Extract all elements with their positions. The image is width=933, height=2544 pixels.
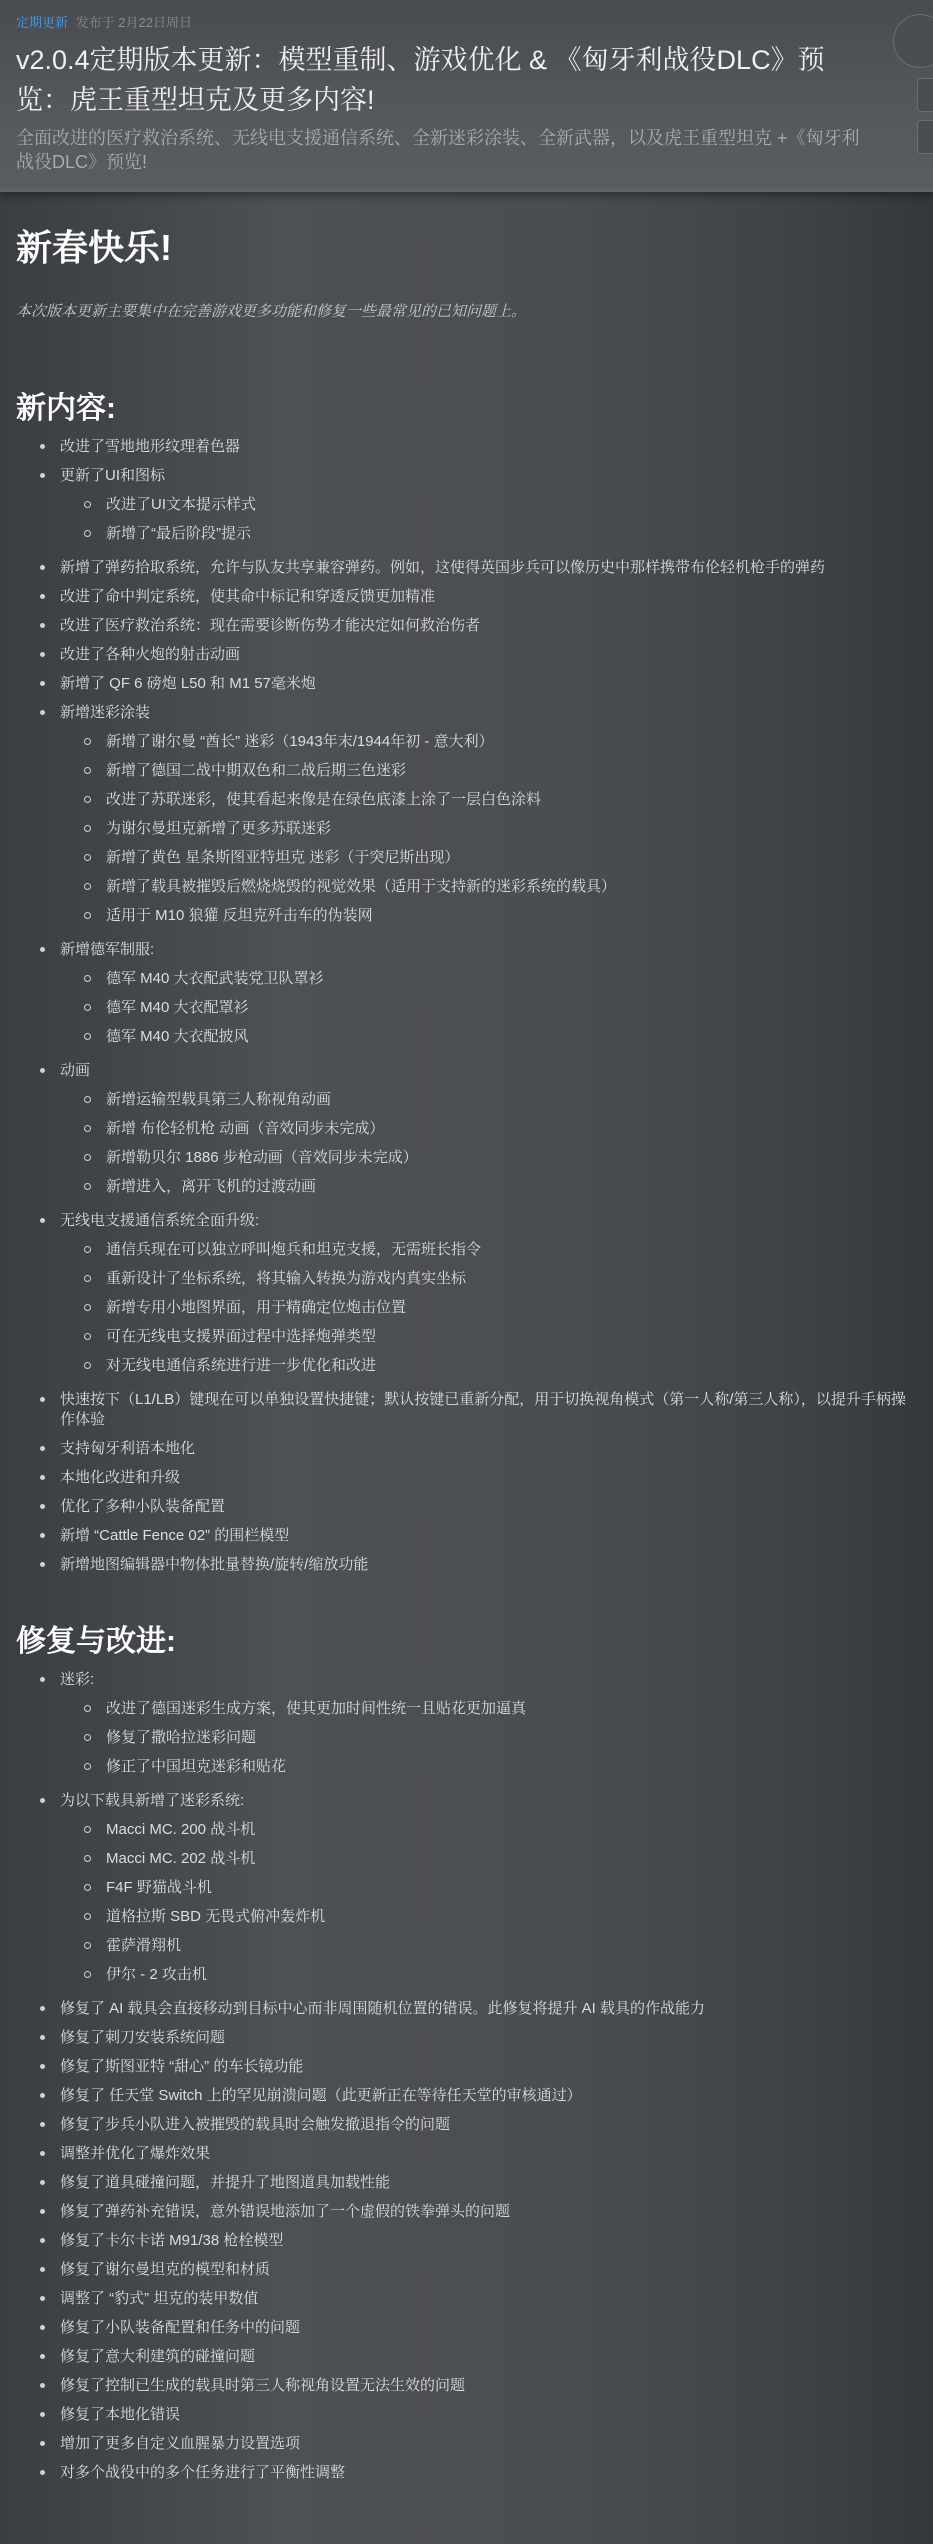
list-item-text: 为以下载具新增了迷彩系统: (60, 1792, 244, 1809)
hollow-bullet-icon (84, 1333, 91, 1340)
list-item: 修复了 AI 载具会直接移动到目标中心而非周围随机位置的错误。此修复将提升 AI… (40, 1995, 917, 2024)
bullet-icon (40, 2470, 45, 2475)
bullet-icon (40, 1504, 45, 1509)
bullet-icon (40, 2238, 45, 2243)
bullet-icon (40, 1562, 45, 1567)
sub-list-item-text: 新增了黄色 星条斯图亚特坦克 迷彩（于突尼斯出现） (106, 849, 459, 866)
sub-list-item: 修复了撒哈拉迷彩问题 (84, 1724, 917, 1753)
post-date: 发布于 2月22日周日 (76, 15, 192, 30)
sub-list-item-text: 为谢尔曼坦克新增了更多苏联迷彩 (106, 820, 331, 837)
list-item: 修复了小队装备配置和任务中的问题 (40, 2314, 917, 2343)
sub-list-item-text: 新增 布伦轻机枪 动画（音效同步未完成） (106, 1120, 384, 1137)
sub-list-item: 新增运输型载具第三人称视角动画 (84, 1086, 917, 1115)
category-tag[interactable]: 定期更新 (16, 15, 68, 30)
bullet-icon (40, 1798, 45, 1803)
bullet-icon (40, 652, 45, 657)
hollow-bullet-icon (84, 1183, 91, 1190)
sub-list-item-text: 修正了中国坦克迷彩和贴花 (106, 1758, 286, 1775)
list-item: 优化了多种小队装备配置 (40, 1493, 917, 1522)
bullet-icon (40, 473, 45, 478)
sub-list-item-text: 新增运输型载具第三人称视角动画 (106, 1091, 331, 1108)
sub-list-item: 新增了载具被摧毁后燃烧烧毁的视觉效果（适用于支持新的迷彩系统的载具） (84, 873, 917, 902)
hollow-bullet-icon (84, 501, 91, 508)
bullet-icon (40, 1218, 45, 1223)
sub-list-item: 伊尔 - 2 攻击机 (84, 1961, 917, 1990)
list-item: 修复了刺刀安装系统问题 (40, 2024, 917, 2053)
bullet-icon (40, 2151, 45, 2156)
list-item-text: 调整了 “豹式” 坦克的装甲数值 (60, 2290, 258, 2307)
sub-list-item-text: 通信兵现在可以独立呼叫炮兵和坦克支援，无需班长指令 (106, 1241, 481, 1258)
section-heading: 修复与改进: (16, 1622, 917, 1662)
list-item: 新增了 QF 6 磅炮 L50 和 M1 57毫米炮 (40, 670, 917, 699)
sub-list: 改进了德国迷彩生成方案，使其更加时间性统一且贴花更加逼真修复了撒哈拉迷彩问题修正… (60, 1695, 917, 1782)
list-item: 修复了谢尔曼坦克的模型和材质 (40, 2256, 917, 2285)
list-item-text: 修复了小队装备配置和任务中的问题 (60, 2319, 300, 2336)
list-item: 修复了道具碰撞问题，并提升了地图道具加载性能 (40, 2169, 917, 2198)
hollow-bullet-icon (84, 854, 91, 861)
bullet-icon (40, 2180, 45, 2185)
list-item-text: 修复了谢尔曼坦克的模型和材质 (60, 2261, 270, 2278)
list-item-text: 修复了步兵小队进入被摧毁的载具时会触发撤退指令的问题 (60, 2116, 450, 2133)
list-item: 支持匈牙利语本地化 (40, 1435, 917, 1464)
sub-list-item: 德军 M40 大衣配披风 (84, 1023, 917, 1052)
sub-list-item: F4F 野猫战斗机 (84, 1874, 917, 1903)
hollow-bullet-icon (84, 1362, 91, 1369)
bullet-icon (40, 565, 45, 570)
sub-list-item: 道格拉斯 SBD 无畏式俯冲轰炸机 (84, 1903, 917, 1932)
list-item: 新增迷彩涂装新增了谢尔曼 “酋长” 迷彩（1943年末/1944年初 - 意大利… (40, 699, 917, 936)
bullet-icon (40, 947, 45, 952)
list-item: 修复了斯图亚特 “甜心” 的车长镜功能 (40, 2053, 917, 2082)
list-item: 为以下载具新增了迷彩系统:Macci MC. 200 战斗机Macci MC. … (40, 1787, 917, 1995)
sub-list-item: 修正了中国坦克迷彩和贴花 (84, 1753, 917, 1782)
sub-list-item-text: 道格拉斯 SBD 无畏式俯冲轰炸机 (106, 1908, 325, 1925)
sub-list-item: 适用于 M10 狼獾 反坦克歼击车的伪装网 (84, 902, 917, 931)
list-item-text: 调整并优化了爆炸效果 (60, 2145, 210, 2162)
sub-list-item-text: 新增了载具被摧毁后燃烧烧毁的视觉效果（适用于支持新的迷彩系统的载具） (106, 878, 616, 895)
list-item-text: 优化了多种小队装备配置 (60, 1498, 225, 1515)
sub-list: 德军 M40 大衣配武装党卫队罩衫德军 M40 大衣配罩衫德军 M40 大衣配披… (60, 965, 917, 1052)
sub-list-item: 重新设计了坐标系统，将其输入转换为游戏内真实坐标 (84, 1265, 917, 1294)
list-item: 增加了更多自定义血腥暴力设置选项 (40, 2430, 917, 2459)
bullet-icon (40, 2209, 45, 2214)
sub-list-item-text: Macci MC. 200 战斗机 (106, 1821, 255, 1838)
hollow-bullet-icon (84, 1304, 91, 1311)
sub-list-item-text: 霍萨滑翔机 (106, 1937, 181, 1954)
list-item-text: 动画 (60, 1062, 90, 1079)
list-item-text: 修复了 任天堂 Switch 上的罕见崩溃问题（此更新正在等待任天堂的审核通过） (60, 2087, 582, 2104)
hollow-bullet-icon (84, 1154, 91, 1161)
list-item-text: 新增地图编辑器中物体批量替换/旋转/缩放功能 (60, 1556, 368, 1573)
item-list: 改进了雪地地形纹理着色器更新了UI和图标改进了UI文本提示样式新增了“最后阶段”… (16, 433, 917, 1580)
list-item-text: 新增了弹药拾取系统，允许与队友共享兼容弹药。例如，这使得英国步兵可以像历史中那样… (60, 559, 825, 576)
hollow-bullet-icon (84, 975, 91, 982)
sub-list: 通信兵现在可以独立呼叫炮兵和坦克支援，无需班长指令重新设计了坐标系统，将其输入转… (60, 1236, 917, 1381)
list-item-text: 修复了 AI 载具会直接移动到目标中心而非周围随机位置的错误。此修复将提升 AI… (60, 2000, 705, 2017)
sub-list: 改进了UI文本提示样式新增了“最后阶段”提示 (60, 491, 917, 549)
sub-list-item: 通信兵现在可以独立呼叫炮兵和坦克支援，无需班长指令 (84, 1236, 917, 1265)
sub-list-item: Macci MC. 200 战斗机 (84, 1816, 917, 1845)
hollow-bullet-icon (84, 1246, 91, 1253)
hollow-bullet-icon (84, 1275, 91, 1282)
sub-list: Macci MC. 200 战斗机Macci MC. 202 战斗机F4F 野猫… (60, 1816, 917, 1990)
bullet-icon (40, 2354, 45, 2359)
hollow-bullet-icon (84, 1033, 91, 1040)
sub-list-item-text: 新增了德国二战中期双色和二战后期三色迷彩 (106, 762, 406, 779)
bullet-icon (40, 1068, 45, 1073)
section-heading: 新内容: (16, 389, 917, 429)
sub-list-item: 新增了谢尔曼 “酋长” 迷彩（1943年末/1944年初 - 意大利） (84, 728, 917, 757)
hollow-bullet-icon (84, 1004, 91, 1011)
list-item-text: 本地化改进和升级 (60, 1469, 180, 1486)
hollow-bullet-icon (84, 738, 91, 745)
list-item: 修复了卡尔卡诺 M91/38 枪栓模型 (40, 2227, 917, 2256)
list-item: 修复了弹药补充错误，意外错误地添加了一个虚假的铁拳弹头的问题 (40, 2198, 917, 2227)
hollow-bullet-icon (84, 1826, 91, 1833)
sub-list-item-text: 改进了德国迷彩生成方案，使其更加时间性统一且贴花更加逼真 (106, 1700, 526, 1717)
list-item: 新增德军制服:德军 M40 大衣配武装党卫队罩衫德军 M40 大衣配罩衫德军 M… (40, 936, 917, 1057)
sub-list-item: 新增进入，离开飞机的过渡动画 (84, 1173, 917, 1202)
list-item: 修复了本地化错误 (40, 2401, 917, 2430)
bullet-icon (40, 2412, 45, 2417)
sub-list-item-text: 德军 M40 大衣配披风 (106, 1028, 249, 1045)
bullet-icon (40, 2296, 45, 2301)
bullet-icon (40, 2441, 45, 2446)
sub-list-item-text: 德军 M40 大衣配罩衫 (106, 999, 249, 1016)
post-title: v2.0.4定期版本更新：模型重制、游戏优化 & 《匈牙利战役DLC》预览：虎王… (16, 40, 877, 120)
list-item-text: 改进了医疗救治系统：现在需要诊断伤势才能决定如何救治伤者 (60, 617, 480, 634)
list-item: 调整了 “豹式” 坦克的装甲数值 (40, 2285, 917, 2314)
list-item: 改进了雪地地形纹理着色器 (40, 433, 917, 462)
hollow-bullet-icon (84, 1855, 91, 1862)
bullet-icon (40, 2093, 45, 2098)
hollow-bullet-icon (84, 883, 91, 890)
list-item: 修复了步兵小队进入被摧毁的载具时会触发撤退指令的问题 (40, 2111, 917, 2140)
list-item: 修复了 任天堂 Switch 上的罕见崩溃问题（此更新正在等待任天堂的审核通过） (40, 2082, 917, 2111)
sub-list-item-text: 新增进入，离开飞机的过渡动画 (106, 1178, 316, 1195)
sub-list-item: 霍萨滑翔机 (84, 1932, 917, 1961)
sub-list-item-text: 适用于 M10 狼獾 反坦克歼击车的伪装网 (106, 907, 373, 924)
sub-list-item-text: 新增了谢尔曼 “酋长” 迷彩（1943年末/1944年初 - 意大利） (106, 733, 494, 750)
list-item-text: 改进了各种火炮的射击动画 (60, 646, 240, 663)
list-item-text: 迷彩: (60, 1671, 94, 1688)
list-item-text: 修复了控制已生成的载具时第三人称视角设置无法生效的问题 (60, 2377, 465, 2394)
list-item-text: 修复了刺刀安装系统问题 (60, 2029, 225, 2046)
list-item: 无线电支援通信系统全面升级:通信兵现在可以独立呼叫炮兵和坦克支援，无需班长指令重… (40, 1207, 917, 1386)
hollow-bullet-icon (84, 1971, 91, 1978)
list-item-text: 修复了斯图亚特 “甜心” 的车长镜功能 (60, 2058, 303, 2075)
list-item: 改进了医疗救治系统：现在需要诊断伤势才能决定如何救治伤者 (40, 612, 917, 641)
sub-list-item: Macci MC. 202 战斗机 (84, 1845, 917, 1874)
bullet-icon (40, 2383, 45, 2388)
post-meta: 定期更新 发布于 2月22日周日 (16, 14, 917, 32)
list-item-text: 支持匈牙利语本地化 (60, 1440, 195, 1457)
sub-list-item-text: 新增了“最后阶段”提示 (106, 525, 251, 542)
list-item: 修复了控制已生成的载具时第三人称视角设置无法生效的问题 (40, 2372, 917, 2401)
bullet-icon (40, 2064, 45, 2069)
list-item: 更新了UI和图标改进了UI文本提示样式新增了“最后阶段”提示 (40, 462, 917, 554)
list-item: 快速按下（L1/LB）键现在可以单独设置快捷键；默认按键已重新分配，用于切换视角… (40, 1386, 917, 1435)
sub-list-item-text: 改进了UI文本提示样式 (106, 496, 256, 513)
hollow-bullet-icon (84, 1942, 91, 1949)
list-item-text: 对多个战役中的多个任务进行了平衡性调整 (60, 2464, 345, 2481)
bullet-icon (40, 1533, 45, 1538)
hollow-bullet-icon (84, 1763, 91, 1770)
list-item-text: 修复了道具碰撞问题，并提升了地图道具加载性能 (60, 2174, 390, 2191)
sub-list-item-text: 修复了撒哈拉迷彩问题 (106, 1729, 256, 1746)
item-list: 迷彩:改进了德国迷彩生成方案，使其更加时间性统一且贴花更加逼真修复了撒哈拉迷彩问… (16, 1666, 917, 2488)
sub-list-item: 改进了苏联迷彩，使其看起来像是在绿色底漆上涂了一层白色涂料 (84, 786, 917, 815)
list-item: 对多个战役中的多个任务进行了平衡性调整 (40, 2459, 917, 2488)
bullet-icon (40, 2035, 45, 2040)
floating-side-button-2[interactable] (917, 120, 933, 154)
hollow-bullet-icon (84, 1884, 91, 1891)
sub-list-item: 可在无线电支援界面过程中选择炮弹类型 (84, 1323, 917, 1352)
hollow-bullet-icon (84, 825, 91, 832)
hollow-bullet-icon (84, 1125, 91, 1132)
sub-list-item: 新增了“最后阶段”提示 (84, 520, 917, 549)
sub-list-item: 改进了德国迷彩生成方案，使其更加时间性统一且贴花更加逼真 (84, 1695, 917, 1724)
list-item-text: 快速按下（L1/LB）键现在可以单独设置快捷键；默认按键已重新分配，用于切换视角… (60, 1391, 906, 1428)
floating-side-button-1[interactable] (917, 78, 933, 112)
bullet-icon (40, 444, 45, 449)
hollow-bullet-icon (84, 530, 91, 537)
sub-list: 新增运输型载具第三人称视角动画新增 布伦轻机枪 动画（音效同步未完成）新增勒贝尔… (60, 1086, 917, 1202)
bullet-icon (40, 2325, 45, 2330)
hollow-bullet-icon (84, 796, 91, 803)
post-body: 新春快乐! 本次版本更新主要集中在完善游戏更多功能和修复一些最常见的已知问题上。… (0, 226, 933, 2488)
sub-list-item: 为谢尔曼坦克新增了更多苏联迷彩 (84, 815, 917, 844)
sub-list-item-text: F4F 野猫战斗机 (106, 1879, 212, 1896)
sub-list-item: 改进了UI文本提示样式 (84, 491, 917, 520)
bullet-icon (40, 2122, 45, 2127)
sub-list-item: 新增 布伦轻机枪 动画（音效同步未完成） (84, 1115, 917, 1144)
list-item-text: 修复了本地化错误 (60, 2406, 180, 2423)
bullet-icon (40, 1446, 45, 1451)
sub-list-item-text: 重新设计了坐标系统，将其输入转换为游戏内真实坐标 (106, 1270, 466, 1287)
section-fixes: 修复与改进: 迷彩:改进了德国迷彩生成方案，使其更加时间性统一且贴花更加逼真修复… (16, 1622, 917, 2488)
sub-list-item-text: 对无线电通信系统进行进一步优化和改进 (106, 1357, 376, 1374)
list-item-text: 修复了弹药补充错误，意外错误地添加了一个虚假的铁拳弹头的问题 (60, 2203, 510, 2220)
list-item: 新增了弹药拾取系统，允许与队友共享兼容弹药。例如，这使得英国步兵可以像历史中那样… (40, 554, 917, 583)
list-item-text: 改进了雪地地形纹理着色器 (60, 438, 240, 455)
list-item: 修复了意大利建筑的碰撞问题 (40, 2343, 917, 2372)
list-item-text: 新增 “Cattle Fence 02” 的围栏模型 (60, 1527, 289, 1544)
bullet-icon (40, 1397, 45, 1402)
bullet-icon (40, 2006, 45, 2011)
sub-list-item-text: 改进了苏联迷彩，使其看起来像是在绿色底漆上涂了一层白色涂料 (106, 791, 541, 808)
list-item-text: 修复了卡尔卡诺 M91/38 枪栓模型 (60, 2232, 283, 2249)
bullet-icon (40, 710, 45, 715)
hollow-bullet-icon (84, 1096, 91, 1103)
list-item: 迷彩:改进了德国迷彩生成方案，使其更加时间性统一且贴花更加逼真修复了撒哈拉迷彩问… (40, 1666, 917, 1787)
hollow-bullet-icon (84, 912, 91, 919)
bullet-icon (40, 594, 45, 599)
bullet-icon (40, 1475, 45, 1480)
sub-list-item: 德军 M40 大衣配罩衫 (84, 994, 917, 1023)
bullet-icon (40, 2267, 45, 2272)
sub-list: 新增了谢尔曼 “酋长” 迷彩（1943年末/1944年初 - 意大利）新增了德国… (60, 728, 917, 931)
section-new-content: 新内容: 改进了雪地地形纹理着色器更新了UI和图标改进了UI文本提示样式新增了“… (16, 389, 917, 1580)
hollow-bullet-icon (84, 1734, 91, 1741)
post-subtitle: 全面改进的医疗救治系统、无线电支援通信系统、全新迷彩涂装、全新武器，以及虎王重型… (16, 126, 877, 174)
floating-circle-button[interactable] (893, 14, 933, 68)
list-item-text: 新增德军制服: (60, 941, 154, 958)
list-item-text: 改进了命中判定系统，使其命中标记和穿透反馈更加精准 (60, 588, 435, 605)
list-item: 新增地图编辑器中物体批量替换/旋转/缩放功能 (40, 1551, 917, 1580)
bullet-icon (40, 681, 45, 686)
list-item-text: 无线电支援通信系统全面升级: (60, 1212, 259, 1229)
list-item: 调整并优化了爆炸效果 (40, 2140, 917, 2169)
intro-text: 本次版本更新主要集中在完善游戏更多功能和修复一些最常见的已知问题上。 (16, 300, 917, 321)
bullet-icon (40, 1677, 45, 1682)
list-item: 动画新增运输型载具第三人称视角动画新增 布伦轻机枪 动画（音效同步未完成）新增勒… (40, 1057, 917, 1207)
sub-list-item: 德军 M40 大衣配武装党卫队罩衫 (84, 965, 917, 994)
sub-list-item: 对无线电通信系统进行进一步优化和改进 (84, 1352, 917, 1381)
hollow-bullet-icon (84, 1705, 91, 1712)
sub-list-item: 新增了德国二战中期双色和二战后期三色迷彩 (84, 757, 917, 786)
sub-list-item: 新增勒贝尔 1886 步枪动画（音效同步未完成） (84, 1144, 917, 1173)
list-item-text: 修复了意大利建筑的碰撞问题 (60, 2348, 255, 2365)
sub-list-item: 新增专用小地图界面，用于精确定位炮击位置 (84, 1294, 917, 1323)
list-item: 改进了各种火炮的射击动画 (40, 641, 917, 670)
sub-list-item-text: 新增专用小地图界面，用于精确定位炮击位置 (106, 1299, 406, 1316)
post-header: 定期更新 发布于 2月22日周日 v2.0.4定期版本更新：模型重制、游戏优化 … (0, 0, 933, 192)
list-item: 新增 “Cattle Fence 02” 的围栏模型 (40, 1522, 917, 1551)
sub-list-item-text: 伊尔 - 2 攻击机 (106, 1966, 207, 1983)
hollow-bullet-icon (84, 767, 91, 774)
list-item: 本地化改进和升级 (40, 1464, 917, 1493)
list-item-text: 新增迷彩涂装 (60, 704, 150, 721)
greeting-heading: 新春快乐! (16, 226, 917, 270)
bullet-icon (40, 623, 45, 628)
list-item-text: 更新了UI和图标 (60, 467, 165, 484)
sub-list-item-text: 新增勒贝尔 1886 步枪动画（音效同步未完成） (106, 1149, 418, 1166)
list-item-text: 新增了 QF 6 磅炮 L50 和 M1 57毫米炮 (60, 675, 316, 692)
sub-list-item-text: 可在无线电支援界面过程中选择炮弹类型 (106, 1328, 376, 1345)
sub-list-item: 新增了黄色 星条斯图亚特坦克 迷彩（于突尼斯出现） (84, 844, 917, 873)
sub-list-item-text: Macci MC. 202 战斗机 (106, 1850, 255, 1867)
sub-list-item-text: 德军 M40 大衣配武装党卫队罩衫 (106, 970, 324, 987)
hollow-bullet-icon (84, 1913, 91, 1920)
list-item-text: 增加了更多自定义血腥暴力设置选项 (60, 2435, 300, 2452)
list-item: 改进了命中判定系统，使其命中标记和穿透反馈更加精准 (40, 583, 917, 612)
